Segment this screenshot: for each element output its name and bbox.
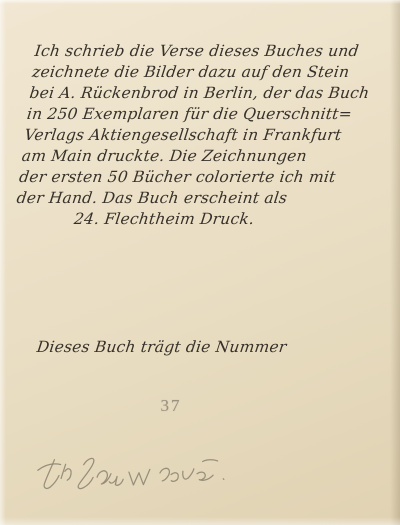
book-page: Ich schrieb die Verse dieses Buches und … xyxy=(0,0,400,525)
copy-number-statement: Dieses Buch trägt die Nummer xyxy=(36,338,288,356)
pencil-signature xyxy=(33,443,230,506)
colophon-line: bei A. Rückenbrod in Berlin, der das Buc… xyxy=(28,83,361,104)
colophon-text: Ich schrieb die Verse dieses Buches und … xyxy=(13,41,366,230)
copy-number: 37 xyxy=(35,396,307,416)
colophon-line: am Main druckte. Die Zeichnungen xyxy=(21,146,354,167)
colophon-line-edition: 24. Flechtheim Druck. xyxy=(13,209,346,230)
colophon-line: der ersten 50 Bücher colorierte ich mit xyxy=(18,167,351,188)
signature-strokes xyxy=(37,454,224,490)
colophon-line: zeichnete die Bilder dazu auf den Stein xyxy=(31,62,364,83)
colophon-line: in 250 Exemplaren für die Querschnitt= xyxy=(26,104,359,125)
colophon-line: Ich schrieb die Verse dieses Buches und xyxy=(33,41,366,62)
colophon-line: der Hand. Das Buch erscheint als xyxy=(15,188,348,209)
colophon-line: Verlags Aktiengesellschaft in Frankfurt xyxy=(23,125,356,146)
